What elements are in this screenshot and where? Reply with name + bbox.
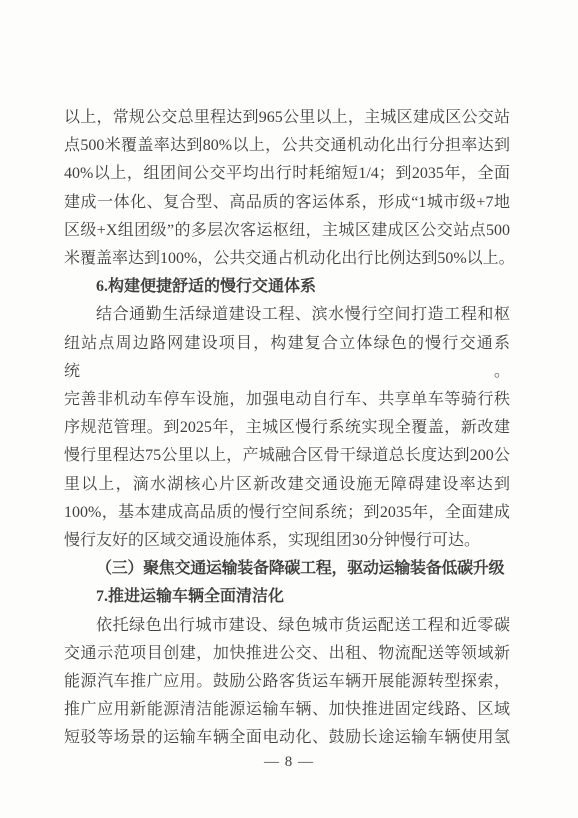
text-line: 依托绿色出行城市建设、绿色城市货运配送工程和近零碳 <box>64 612 510 640</box>
text-line: 慢行友好的区域交通设施体系，实现组团30分钟慢行可达。 <box>64 527 510 555</box>
document-page: 以上，常规公交总里程达到965公里以上，主城区建成区公交站 点500米覆盖率达到… <box>0 0 578 818</box>
text-line: 点500米覆盖率达到80%以上，公共交通机动化出行分担率达到 <box>64 132 510 160</box>
text-line: 推广应用新能源清洁能源运输车辆、加快推进固定线路、区域 <box>64 696 510 724</box>
text-line: 慢行里程达75公里以上，产城融合区骨干绿道总长度达到200公 <box>64 442 510 470</box>
text-line: 完善非机动车停车设施，加强电动自行车、共享单车等骑行秩 <box>64 386 510 414</box>
document-text-block: 以上，常规公交总里程达到965公里以上，主城区建成区公交站 点500米覆盖率达到… <box>64 104 510 753</box>
text-line: 区级+X组团级”的多层次客运枢纽，主城区建成区公交站点500 <box>64 217 510 245</box>
text-line: 米覆盖率达到100%，公共交通占机动化出行比例达到50%以上。 <box>64 245 510 273</box>
text-line: 纽站点周边路网建设项目，构建复合立体绿色的慢行交通系统。 <box>64 330 510 386</box>
text-line: 100%，基本建成高品质的慢行空间系统；到2035年，全面建成 <box>64 499 510 527</box>
page-number: — 8 — <box>0 752 578 772</box>
text-line: 40%以上，组团间公交平均出行时耗缩短1/4；到2035年，全面 <box>64 160 510 188</box>
section-heading: 7.推进运输车辆全面清洁化 <box>64 583 510 611</box>
text-line: 短驳等场景的运输车辆全面电动化、鼓励长途运输车辆使用氢 <box>64 724 510 752</box>
text-line: 结合通勤生活绿道建设工程、滨水慢行空间打造工程和枢 <box>64 301 510 329</box>
text-line: 交通示范项目创建，加快推进公交、出租、物流配送等领域新 <box>64 640 510 668</box>
text-line: 建成一体化、复合型、高品质的客运体系，形成“1城市级+7地 <box>64 189 510 217</box>
section-heading: 6.构建便捷舒适的慢行交通体系 <box>64 273 510 301</box>
text-line: 序规范管理。到2025年，主城区慢行系统实现全覆盖，新改建 <box>64 414 510 442</box>
text-line: 以上，常规公交总里程达到965公里以上，主城区建成区公交站 <box>64 104 510 132</box>
text-line: 里以上，滴水湖核心片区新改建交通设施无障碍建设率达到 <box>64 471 510 499</box>
section-heading: （三）聚焦交通运输装备降碳工程，驱动运输装备低碳升级 <box>64 555 510 583</box>
text-line: 能源汽车推广应用。鼓励公路客货运车辆开展能源转型探索， <box>64 668 510 696</box>
